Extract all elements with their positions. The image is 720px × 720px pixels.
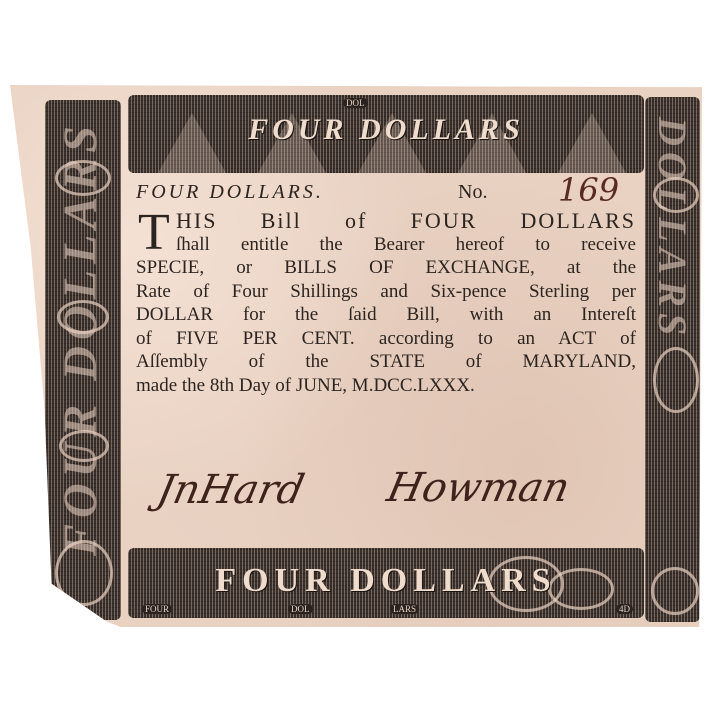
text-line-7: Aſſembly of the STATE of MARYLAND, [136, 350, 636, 374]
top-banner-text: FOUR DOLLARS [128, 113, 644, 147]
text-line-6: of FIVE PER CENT. according to an ACT of [136, 327, 636, 351]
left-border-text: FOUR DOLLARS [53, 120, 108, 556]
bottom-banner-text: FOUR DOLLARS [128, 562, 644, 600]
bottom-tag-4d: 4D [616, 604, 633, 614]
bottom-banner: FOUR DOLLARS FOUR DOL LARS 4D [128, 548, 644, 618]
text-line-4: Rate of Four Shillings and Six-pence Ste… [136, 280, 636, 304]
text-line-3: SPECIE, or BILLS OF EXCHANGE, at the [136, 256, 636, 280]
banknote: FOUR DOLLARS DOLLARS DOL FOUR DOLLARS FO… [10, 85, 702, 627]
right-border-text: DOLLARS [649, 117, 696, 341]
signature-1: JnHard [153, 467, 308, 513]
text-line-1: HIS Bill of FOUR DOLLARS [136, 209, 636, 233]
top-banner: DOL FOUR DOLLARS [128, 95, 644, 173]
drop-cap: T [138, 209, 170, 257]
bottom-tag-lars: LARS [390, 604, 419, 614]
top-banner-tag: DOL [343, 98, 368, 108]
text-line-8: made the 8th Day of JUNE, M.DCC.LXXX. [136, 374, 636, 398]
bottom-tag-dol: DOL [288, 604, 313, 614]
right-engraved-border: DOLLARS [645, 97, 700, 622]
denomination-title: FOUR DOLLARS. [136, 181, 324, 204]
text-line-2: ſhall entitle the Bearer hereof to recei… [136, 233, 636, 257]
note-text-block: FOUR DOLLARS. No. 169 T HIS Bill of FOUR… [128, 175, 644, 397]
text-line-5: DOLLAR for the ſaid Bill, with an Intere… [136, 303, 636, 327]
serial-label: No. [458, 181, 487, 204]
serial-number: 169 [558, 171, 619, 209]
signatures: JnHard Howman [128, 455, 644, 535]
signature-2: Howman [383, 465, 574, 511]
left-engraved-border: FOUR DOLLARS [45, 100, 121, 620]
bottom-tag-four: FOUR [142, 604, 172, 614]
